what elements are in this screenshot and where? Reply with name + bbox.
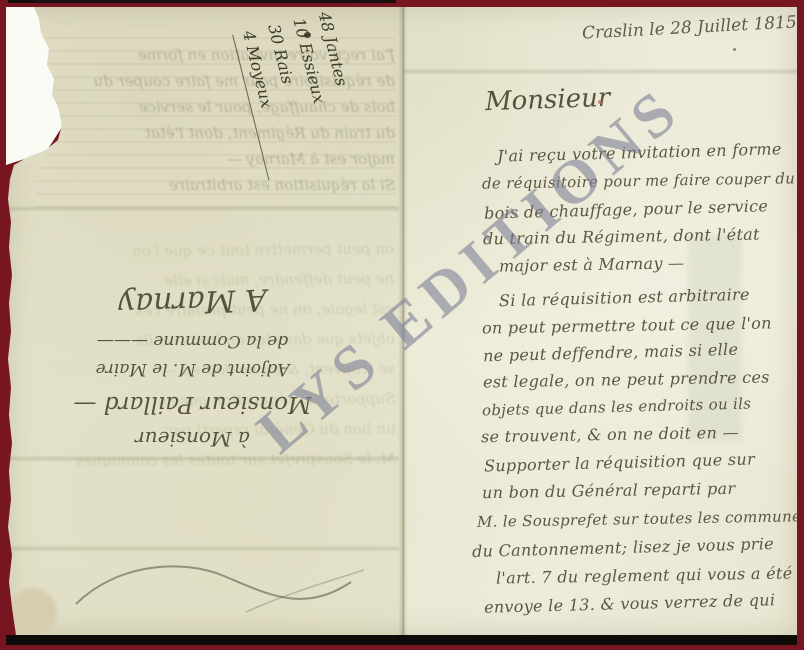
letter-line: un bon du Général reparti par: [482, 479, 736, 502]
address-line: Monsieur Paillard —: [45, 391, 340, 417]
letter-line: du Cantonnement; lisez je vous prie: [472, 534, 774, 561]
address-block-upside-down: à Monsieur Monsieur Paillard — Adjoint d…: [45, 222, 340, 457]
letter-line: Supporter la réquisition que sur: [484, 449, 755, 475]
pen-flourish: [46, 542, 386, 632]
left-page: J'ai reçu votre invitation en forme de r…: [6, 7, 399, 635]
address-line: de la Commune ———: [45, 331, 340, 351]
ghost-line: Si la réquisition est arbitraire: [55, 172, 395, 198]
letter-line: envoye le 13. & vous verrez de qui: [484, 590, 776, 617]
letter-line: bois de chauffage, pour le service: [484, 196, 769, 222]
letter-line: de réquisitoire pour me faire couper du: [482, 169, 795, 192]
letter-line: J'ai reçu votre invitation en forme: [497, 139, 782, 165]
scanner-edge-bottom: [6, 635, 797, 645]
fold-crease: [6, 205, 399, 212]
address-line: Adjoint de M. le Maire: [45, 359, 340, 379]
salutation: Monsieur: [485, 83, 611, 117]
letter-line: major est à Marnay —: [499, 253, 685, 275]
fold-crease: [6, 455, 399, 462]
ink-blot: [304, 32, 311, 38]
dateline: Craslin le 28 Juillet 1815: [582, 12, 798, 43]
ink-speck: [733, 48, 736, 51]
letter-line: l'art. 7 du reglement qui vous a été: [496, 563, 793, 587]
ink-speck: [598, 100, 602, 104]
letter-line: M. le Sousprefet sur toutes les communes: [477, 507, 804, 531]
address-line: à Monsieur: [45, 427, 340, 451]
letter-sheet: J'ai reçu votre invitation en forme de r…: [6, 7, 797, 635]
right-page: Craslin le 28 Juillet 1815 Monsieur J'ai…: [403, 7, 797, 635]
address-line: A Marnay: [44, 279, 340, 324]
letter-scan: J'ai reçu votre invitation en forme de r…: [0, 0, 804, 650]
fold-crease: [403, 68, 797, 75]
scanner-edge-top: [8, 0, 396, 3]
letter-line: se trouvent, & on ne doit en —: [481, 423, 739, 446]
